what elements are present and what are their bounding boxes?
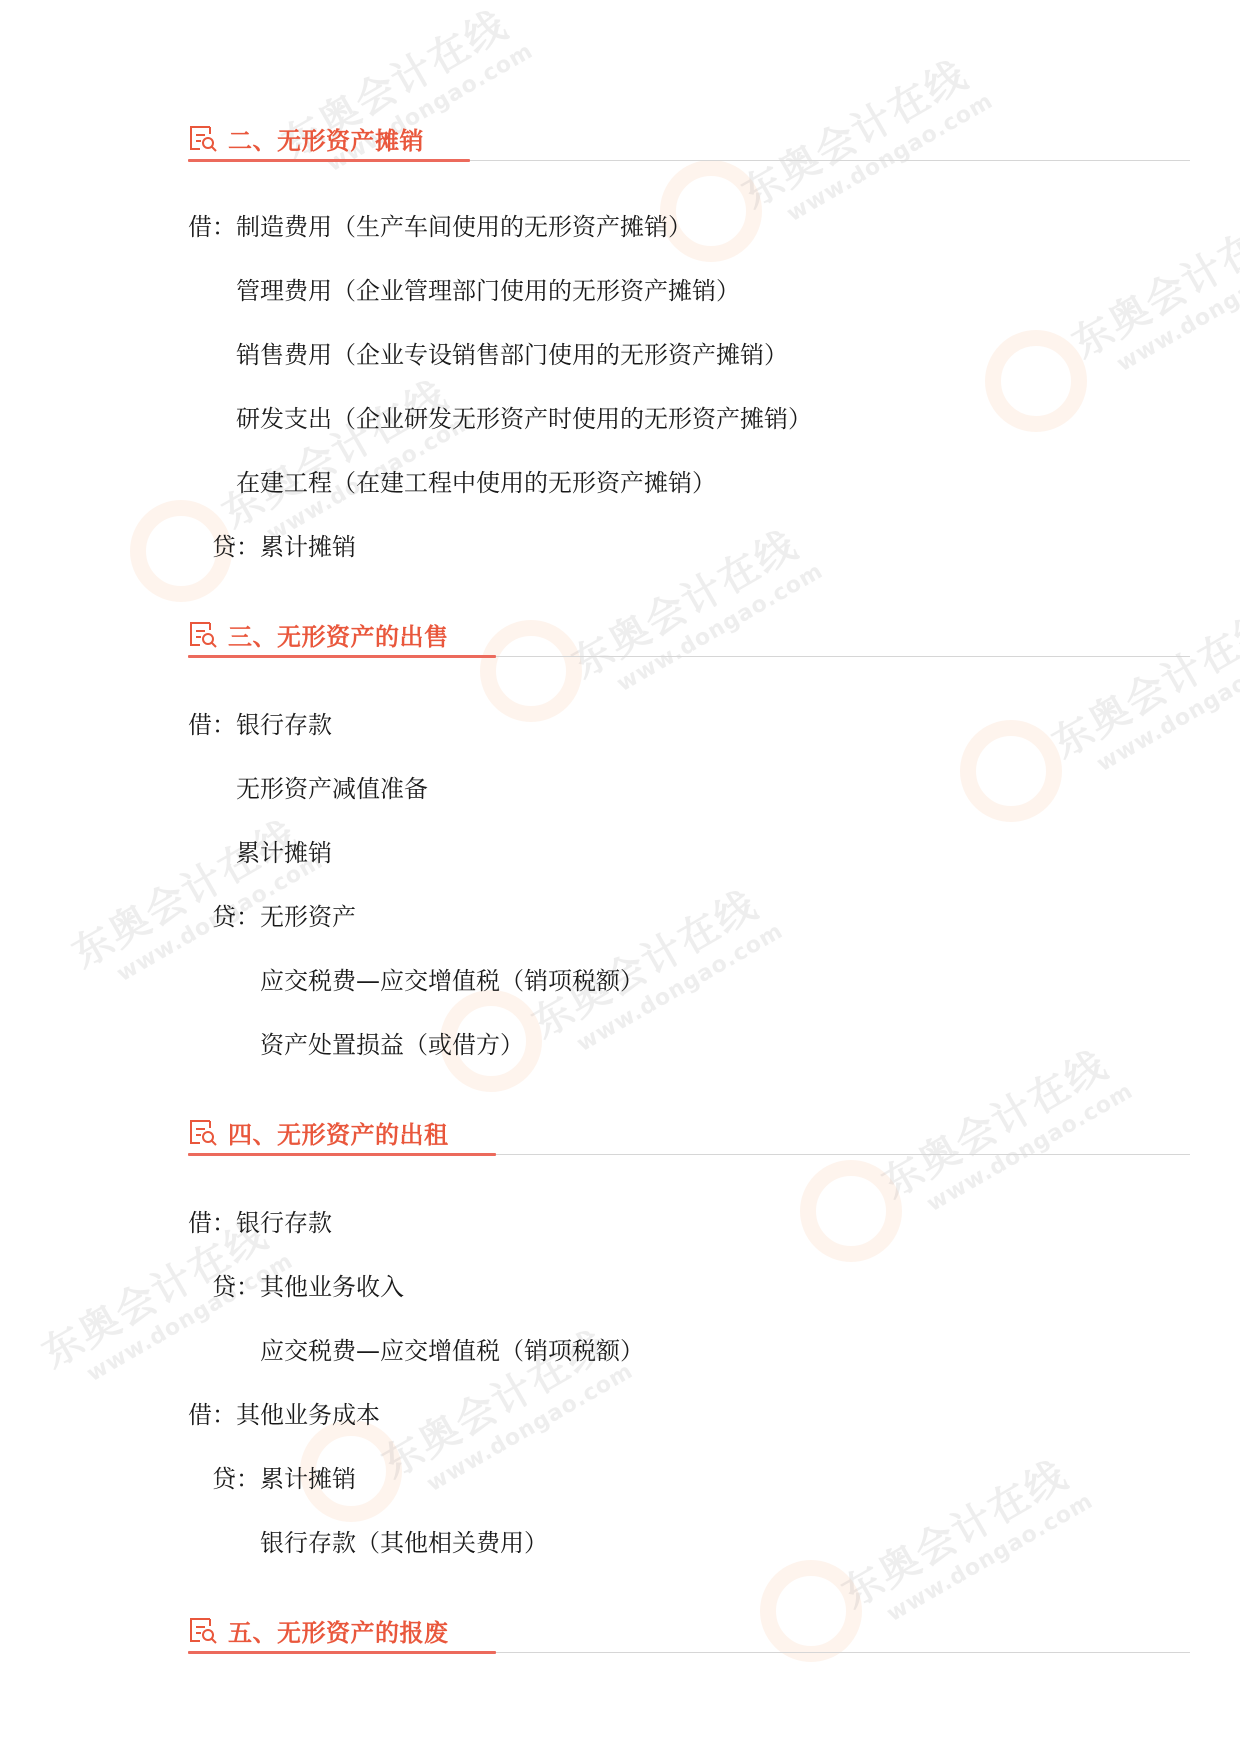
- section-heading-amortization: 二、无形资产摊销: [188, 116, 1190, 164]
- journal-entry-line: 贷：累计摊销: [212, 1464, 356, 1494]
- section-heading-sale: 三、无形资产的出售: [188, 612, 1190, 660]
- journal-entry-line: 无形资产减值准备: [236, 774, 428, 804]
- accent-underline: [188, 1651, 496, 1654]
- journal-entry-line: 贷：其他业务收入: [212, 1272, 404, 1302]
- section-heading-lease: 四、无形资产的出租: [188, 1110, 1190, 1158]
- journal-entry-line: 在建工程（在建工程中使用的无形资产摊销）: [236, 468, 716, 498]
- journal-entry-line: 资产处置损益（或借方）: [260, 1030, 524, 1060]
- journal-entry-line: 应交税费—应交增值税（销项税额）: [260, 1336, 644, 1366]
- journal-entry-line: 借：其他业务成本: [188, 1400, 380, 1430]
- journal-entry-line: 借：银行存款: [188, 710, 332, 740]
- section-title: 四、无形资产的出租: [228, 1115, 449, 1150]
- document-search-icon: [188, 1118, 218, 1146]
- accent-underline: [188, 655, 496, 658]
- section-heading-scrapping: 五、无形资产的报废: [188, 1608, 1190, 1656]
- accent-underline: [188, 1153, 496, 1156]
- journal-entry-line: 研发支出（企业研发无形资产时使用的无形资产摊销）: [236, 404, 812, 434]
- journal-entry-line: 银行存款（其他相关费用）: [260, 1528, 548, 1558]
- journal-entry-line: 借：制造费用（生产车间使用的无形资产摊销）: [188, 212, 692, 242]
- accent-underline: [188, 159, 470, 162]
- journal-entry-line: 销售费用（企业专设销售部门使用的无形资产摊销）: [236, 340, 788, 370]
- section-title: 五、无形资产的报废: [228, 1613, 449, 1648]
- document-search-icon: [188, 620, 218, 648]
- document-search-icon: [188, 124, 218, 152]
- journal-entry-line: 借：银行存款: [188, 1208, 332, 1238]
- journal-entry-line: 贷：累计摊销: [212, 532, 356, 562]
- document-page: 二、无形资产摊销 借：制造费用（生产车间使用的无形资产摊销） 管理费用（企业管理…: [0, 0, 1240, 1753]
- document-search-icon: [188, 1616, 218, 1644]
- section-title: 三、无形资产的出售: [228, 617, 449, 652]
- journal-entry-line: 应交税费—应交增值税（销项税额）: [260, 966, 644, 996]
- journal-entry-line: 累计摊销: [236, 838, 332, 868]
- section-title: 二、无形资产摊销: [228, 121, 424, 156]
- journal-entry-line: 贷：无形资产: [212, 902, 356, 932]
- journal-entry-line: 管理费用（企业管理部门使用的无形资产摊销）: [236, 276, 740, 306]
